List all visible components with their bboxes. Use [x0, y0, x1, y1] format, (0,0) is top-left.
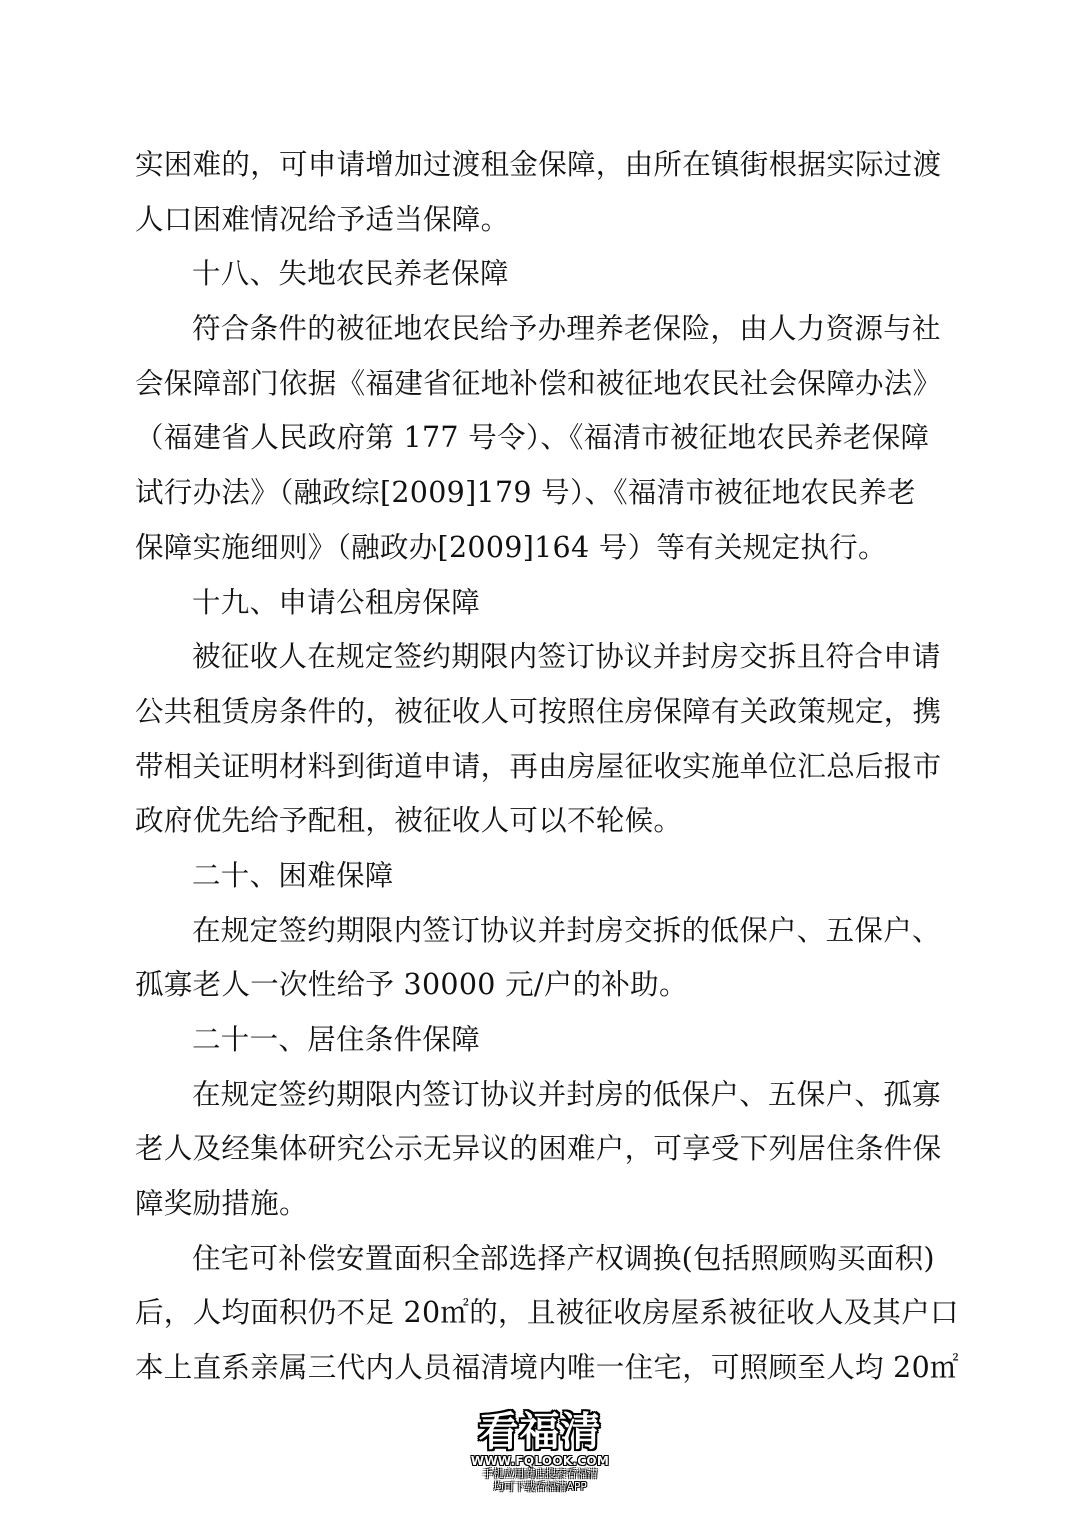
body-line: 住宅可补偿安置面积全部选择产权调换(包括照顾购买面积)	[135, 1232, 947, 1287]
body-line: 后，人均面积仍不足 20㎡的，且被征收房屋系被征收人及其户口	[135, 1286, 947, 1341]
body-line: 被征收人在规定签约期限内签订协议并封房交拆且符合申请	[135, 630, 947, 685]
body-line: 公共租赁房条件的，被征收人可按照住房保障有关政策规定，携	[135, 685, 947, 740]
body-line: 实困难的，可申请增加过渡租金保障，由所在镇街根据实际过渡	[135, 138, 947, 193]
body-line: 孤寡老人一次性给予 30000 元/户的补助。	[135, 958, 947, 1013]
body-line: 会保障部门依据《福建省征地补偿和被征地农民社会保障办法》	[135, 357, 947, 412]
body-line: 政府优先给予配租，被征收人可以不轮候。	[135, 794, 947, 849]
body-line: 保障实施细则》（融政办[2009]164 号）等有关规定执行。	[135, 521, 947, 576]
section-heading-19: 十九、申请公租房保障	[135, 576, 947, 631]
section-heading-18: 十八、失地农民养老保障	[135, 247, 947, 302]
body-line: 在规定签约期限内签订协议并封房的低保户、五保户、孤寡	[135, 1068, 947, 1123]
watermark: 看福清 WWW.FQLOOK.COM 手机应用商店搜索看福清 均可下载看福清AP…	[470, 1410, 610, 1494]
body-line: 人口困难情况给予适当保障。	[135, 193, 947, 248]
watermark-line-2: 均可下载看福清APP	[470, 1481, 610, 1494]
document-page: 实困难的，可申请增加过渡租金保障，由所在镇街根据实际过渡 人口困难情况给予适当保…	[0, 0, 1080, 1527]
body-line: 老人及经集体研究公示无异议的困难户，可享受下列居住条件保	[135, 1122, 947, 1177]
section-heading-20: 二十、困难保障	[135, 849, 947, 904]
body-line: 在规定签约期限内签订协议并封房交拆的低保户、五保户、	[135, 904, 947, 959]
body-line: （福建省人民政府第 177 号令）、《福清市被征地农民养老保障	[135, 411, 947, 466]
body-line: 试行办法》（融政综[2009]179 号）、《福清市被征地农民养老	[135, 466, 947, 521]
watermark-logo: 看福清	[470, 1410, 610, 1454]
body-line: 符合条件的被征地农民给予办理养老保险，由人力资源与社	[135, 302, 947, 357]
section-heading-21: 二十一、居住条件保障	[135, 1013, 947, 1068]
watermark-url: WWW.FQLOOK.COM	[470, 1454, 610, 1468]
body-line: 本上直系亲属三代内人员福清境内唯一住宅，可照顾至人均 20㎡	[135, 1341, 947, 1396]
document-body: 实困难的，可申请增加过渡租金保障，由所在镇街根据实际过渡 人口困难情况给予适当保…	[135, 138, 947, 1396]
body-line: 障奖励措施。	[135, 1177, 947, 1232]
body-line: 带相关证明材料到街道申请，再由房屋征收实施单位汇总后报市	[135, 740, 947, 795]
watermark-line-1: 手机应用商店搜索看福清	[470, 1468, 610, 1481]
